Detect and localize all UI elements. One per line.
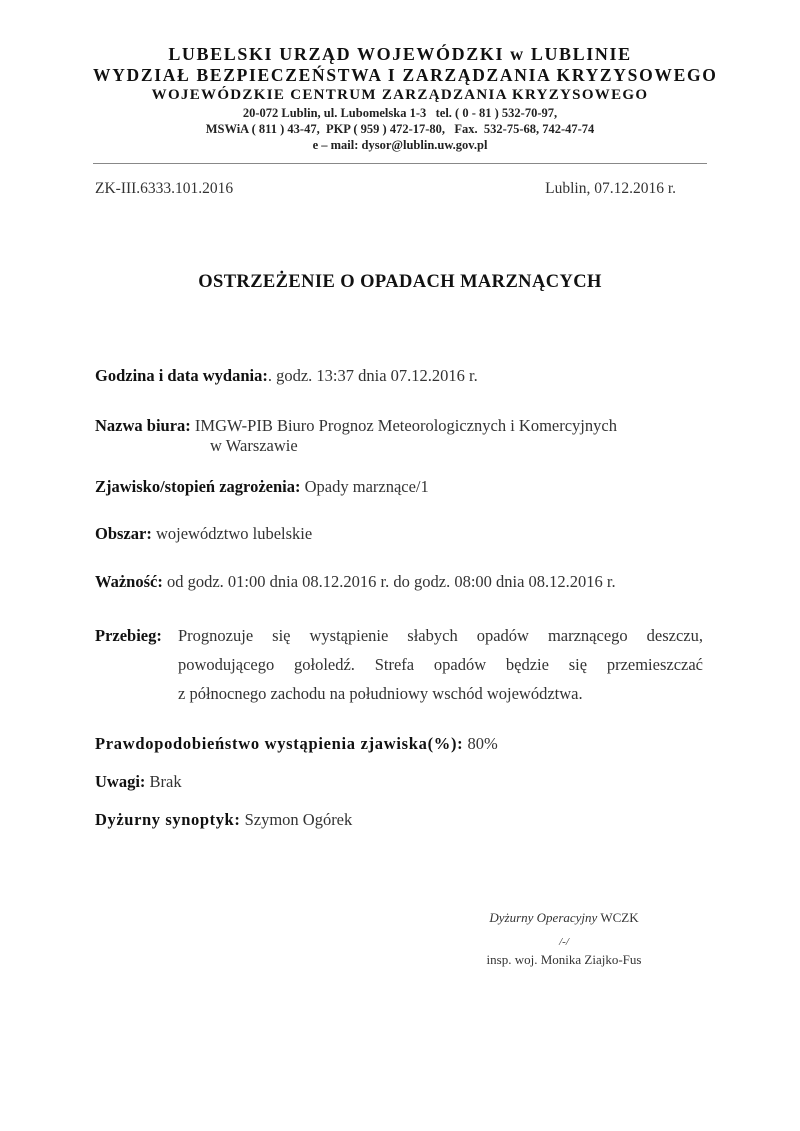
field-area: Obszar: województwo lubelskie <box>95 524 312 544</box>
signature-block: Dyżurny Operacyjny WCZK /-/ insp. woj. M… <box>455 909 673 968</box>
signature-name: insp. woj. Monika Ziajko-Fus <box>455 951 673 968</box>
field-validity-value: od godz. 01:00 dnia 08.12.2016 r. do god… <box>163 572 616 591</box>
field-area-value: województwo lubelskie <box>152 524 312 543</box>
letterhead-email: e – mail: dysor@lublin.uw.gov.pl <box>93 137 707 153</box>
field-remarks-label: Uwagi: <box>95 772 145 791</box>
signature-role: Dyżurny Operacyjny WCZK <box>455 909 673 926</box>
field-office-value-cont: w Warszawie <box>95 436 617 456</box>
signature-role-title: Dyżurny Operacyjny <box>489 910 597 925</box>
field-forecaster-label: Dyżurny synoptyk: <box>95 810 240 829</box>
field-validity-label: Ważność: <box>95 572 163 591</box>
field-issued-value: . godz. 13:37 dnia 07.12.2016 r. <box>268 366 478 385</box>
case-number: ZK-III.6333.101.2016 <box>95 180 233 198</box>
field-forecaster-value: Szymon Ogórek <box>240 810 352 829</box>
field-issued-label: Godzina i data wydania: <box>95 366 268 385</box>
document-page: LUBELSKI URZĄD WOJEWÓDZKI w LUBLINIE WYD… <box>0 0 800 1131</box>
course-line: powodującego gołoledź. Strefa opadów będ… <box>178 650 703 679</box>
course-line: z północnego zachodu na południowy wschó… <box>178 679 703 708</box>
signature-mark: /-/ <box>455 933 673 951</box>
field-course-text: Prognozuje się wystąpienie słabych opadó… <box>178 621 703 708</box>
field-probability-label: Prawdopodobieństwo wystąpienia zjawiska(… <box>95 734 463 753</box>
field-course: Przebieg: Prognozuje się wystąpienie sła… <box>95 621 703 708</box>
field-phenomenon-value: Opady marznące/1 <box>301 477 429 496</box>
field-remarks-value: Brak <box>145 772 181 791</box>
letterhead-phones: MSWiA ( 811 ) 43-47, PKP ( 959 ) 472-17-… <box>93 121 707 137</box>
field-area-label: Obszar: <box>95 524 152 543</box>
field-office: Nazwa biura: IMGW-PIB Biuro Prognoz Mete… <box>95 416 617 456</box>
place-date: Lublin, 07.12.2016 r. <box>545 180 676 198</box>
field-forecaster: Dyżurny synoptyk: Szymon Ogórek <box>95 810 352 830</box>
field-probability: Prawdopodobieństwo wystąpienia zjawiska(… <box>95 734 498 754</box>
letterhead-address: 20-072 Lublin, ul. Lubomelska 1-3 tel. (… <box>93 105 707 121</box>
letterhead-center: WOJEWÓDZKIE CENTRUM ZARZĄDZANIA KRYZYSOW… <box>93 85 707 105</box>
field-office-value: IMGW-PIB Biuro Prognoz Meteorologicznych… <box>191 416 617 435</box>
field-probability-value: 80% <box>463 734 497 753</box>
course-line: Prognozuje się wystąpienie słabych opadó… <box>178 621 703 650</box>
header-divider <box>93 163 707 164</box>
field-phenomenon: Zjawisko/stopień zagrożenia: Opady marzn… <box>95 477 429 497</box>
field-remarks: Uwagi: Brak <box>95 772 182 792</box>
field-validity: Ważność: od godz. 01:00 dnia 08.12.2016 … <box>95 572 616 592</box>
reference-row: ZK-III.6333.101.2016 Lublin, 07.12.2016 … <box>95 180 676 198</box>
letterhead: LUBELSKI URZĄD WOJEWÓDZKI w LUBLINIE WYD… <box>93 44 707 153</box>
field-office-label: Nazwa biura: <box>95 416 191 435</box>
field-course-label: Przebieg: <box>95 621 178 708</box>
letterhead-office-name: LUBELSKI URZĄD WOJEWÓDZKI w LUBLINIE <box>93 44 707 65</box>
signature-role-unit: WCZK <box>597 910 638 925</box>
field-phenomenon-label: Zjawisko/stopień zagrożenia: <box>95 477 301 496</box>
document-title: OSTRZEŻENIE O OPADACH MARZNĄCYCH <box>0 272 800 293</box>
letterhead-department: WYDZIAŁ BEZPIECZEŃSTWA I ZARZĄDZANIA KRY… <box>93 65 707 85</box>
field-issued: Godzina i data wydania:. godz. 13:37 dni… <box>95 366 478 386</box>
